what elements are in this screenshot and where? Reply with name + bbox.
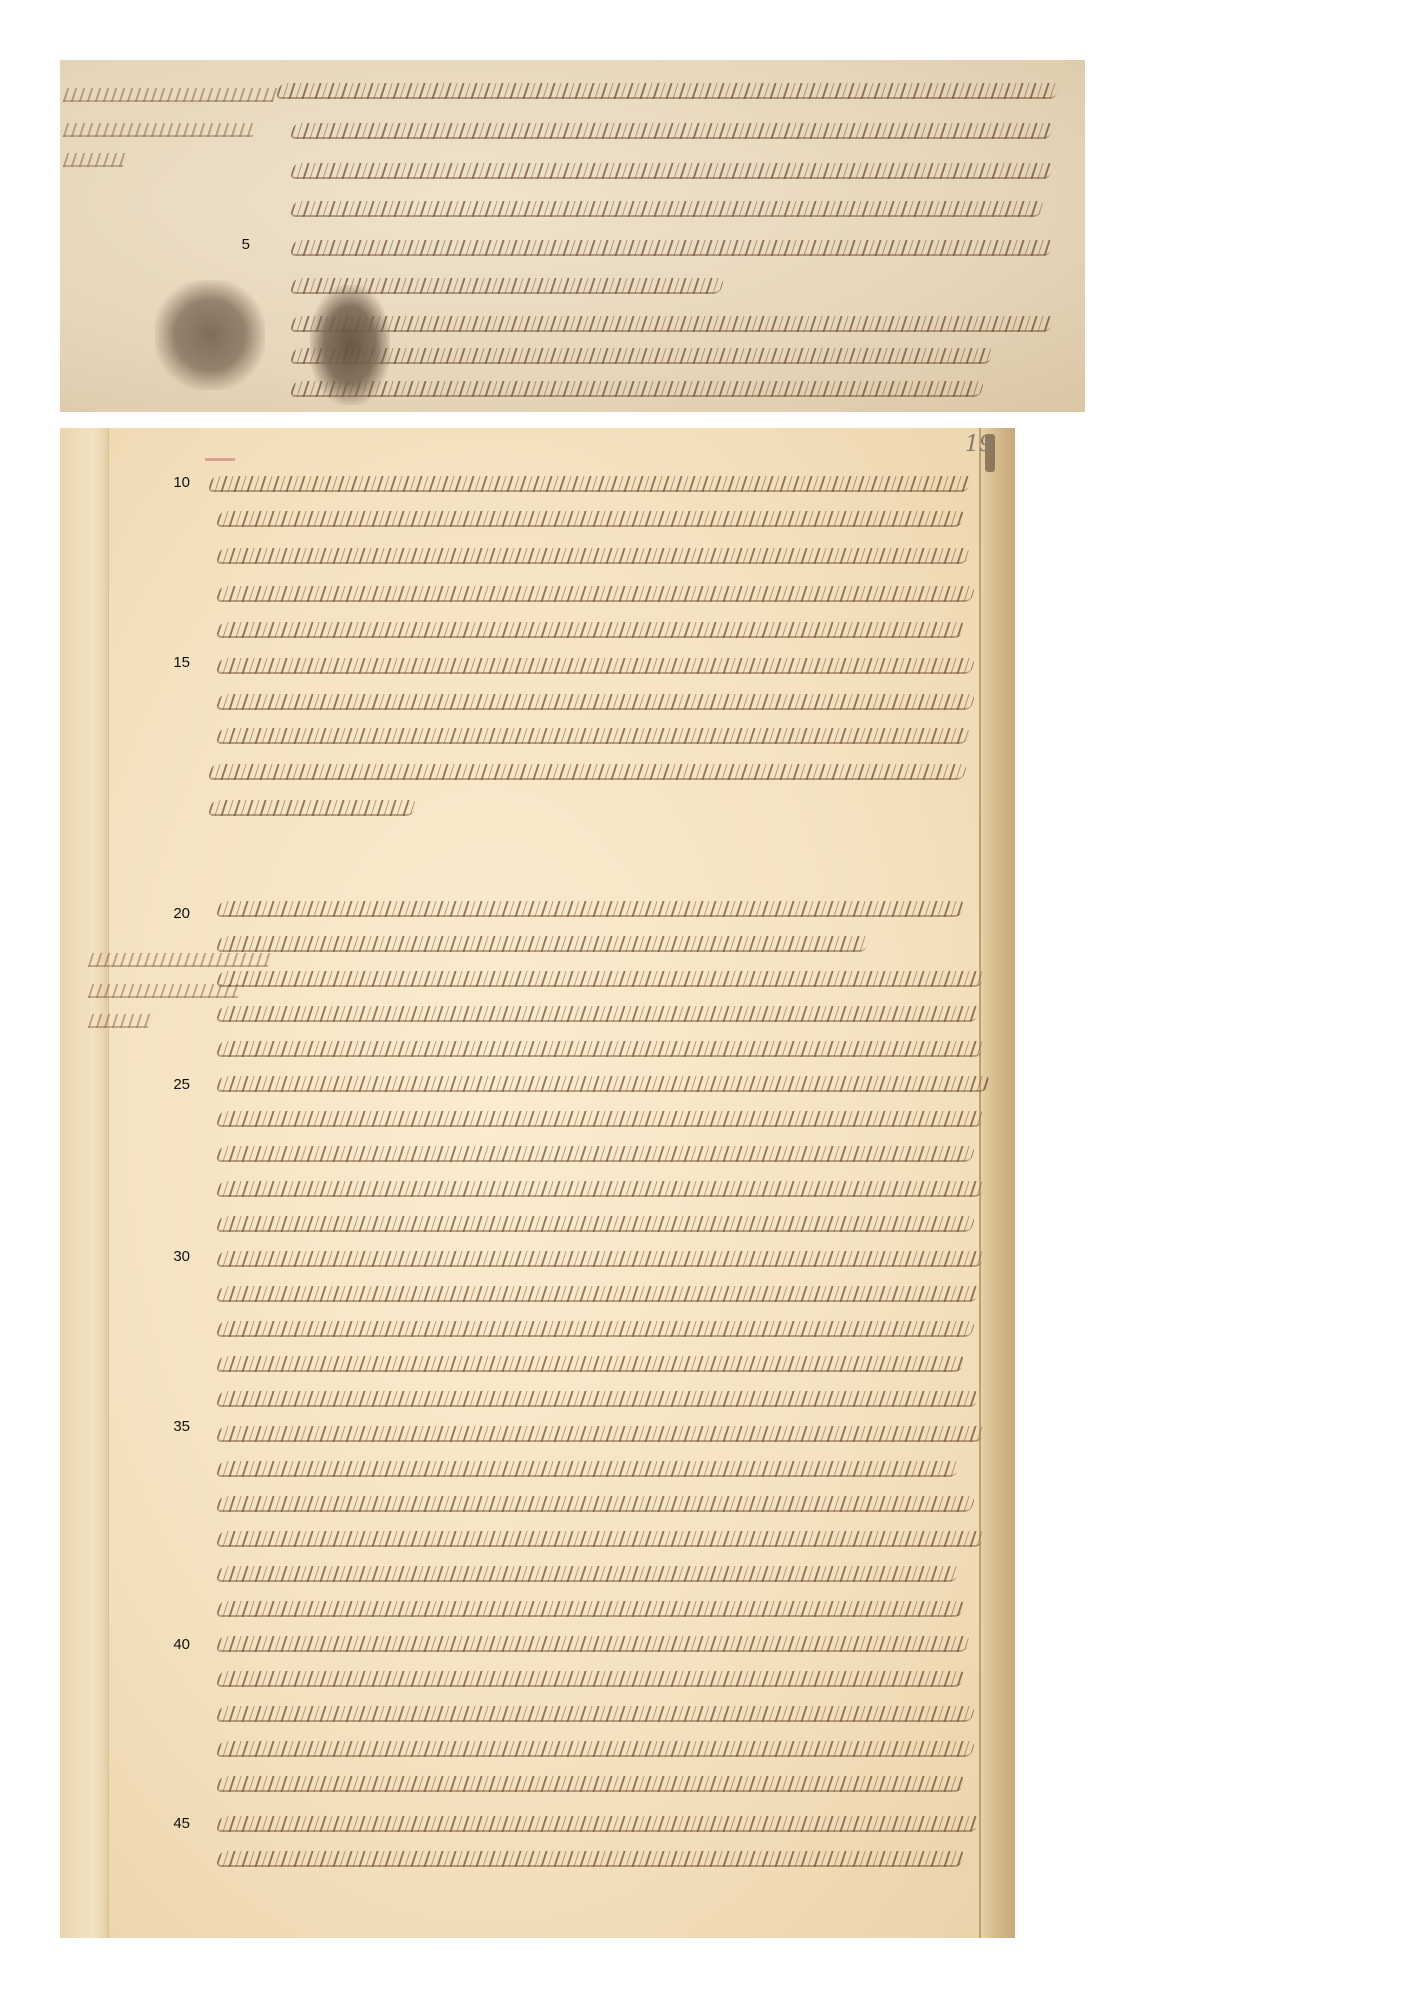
manuscript-line: [60, 963, 1015, 993]
manuscript-line: [60, 1278, 1015, 1308]
ink-stain: [310, 285, 390, 405]
manuscript-line: [60, 1418, 1015, 1448]
manuscript-line: [60, 1138, 1015, 1168]
manuscript-line: [60, 1733, 1015, 1763]
manuscript-line: [60, 1313, 1015, 1343]
manuscript-line: [60, 1068, 1015, 1098]
manuscript-line: [60, 1103, 1015, 1133]
manuscript-line: [60, 115, 1085, 145]
manuscript-line: [60, 1768, 1015, 1798]
manuscript-line: [60, 650, 1015, 680]
manuscript-line: [60, 1843, 1015, 1873]
manuscript-line: [60, 578, 1015, 608]
manuscript-line: [60, 155, 1085, 185]
manuscript-line: [60, 1033, 1015, 1063]
manuscript-line: [60, 1488, 1015, 1518]
manuscript-line: [60, 1348, 1015, 1378]
manuscript-line: [60, 468, 1015, 498]
manuscript-line: [60, 998, 1015, 1028]
manuscript-line: [60, 1173, 1015, 1203]
manuscript-line: [60, 75, 1085, 105]
manuscript-line: [60, 1698, 1015, 1728]
manuscript-line: [60, 928, 1015, 958]
manuscript-line: [60, 720, 1015, 750]
manuscript-line: [60, 1383, 1015, 1413]
manuscript-line: [60, 756, 1015, 786]
manuscript-line: [60, 232, 1085, 262]
manuscript-line: [60, 1808, 1015, 1838]
page-number: 19: [965, 432, 993, 457]
manuscript-line: [60, 1628, 1015, 1658]
manuscript-line: [60, 1243, 1015, 1273]
manuscript-line: [60, 1208, 1015, 1238]
manuscript-line: [60, 503, 1015, 533]
ink-stain: [155, 280, 265, 390]
manuscript-scan-top: 5: [60, 60, 1085, 412]
manuscript-line: [60, 1593, 1015, 1623]
manuscript-scan-bottom: 19 10 15 20 25 30 35 40 45: [60, 428, 1015, 1938]
line-number: 5: [220, 236, 250, 253]
manuscript-line: [60, 193, 1085, 223]
manuscript-line: [60, 1663, 1015, 1693]
manuscript-line: [60, 1453, 1015, 1483]
manuscript-line: [60, 1558, 1015, 1588]
red-mark: [205, 458, 235, 461]
manuscript-line: [60, 540, 1015, 570]
manuscript-line: [60, 792, 1015, 822]
manuscript-line: [60, 614, 1015, 644]
manuscript-line: [60, 1523, 1015, 1553]
manuscript-line: [60, 686, 1015, 716]
manuscript-line: [60, 893, 1015, 923]
